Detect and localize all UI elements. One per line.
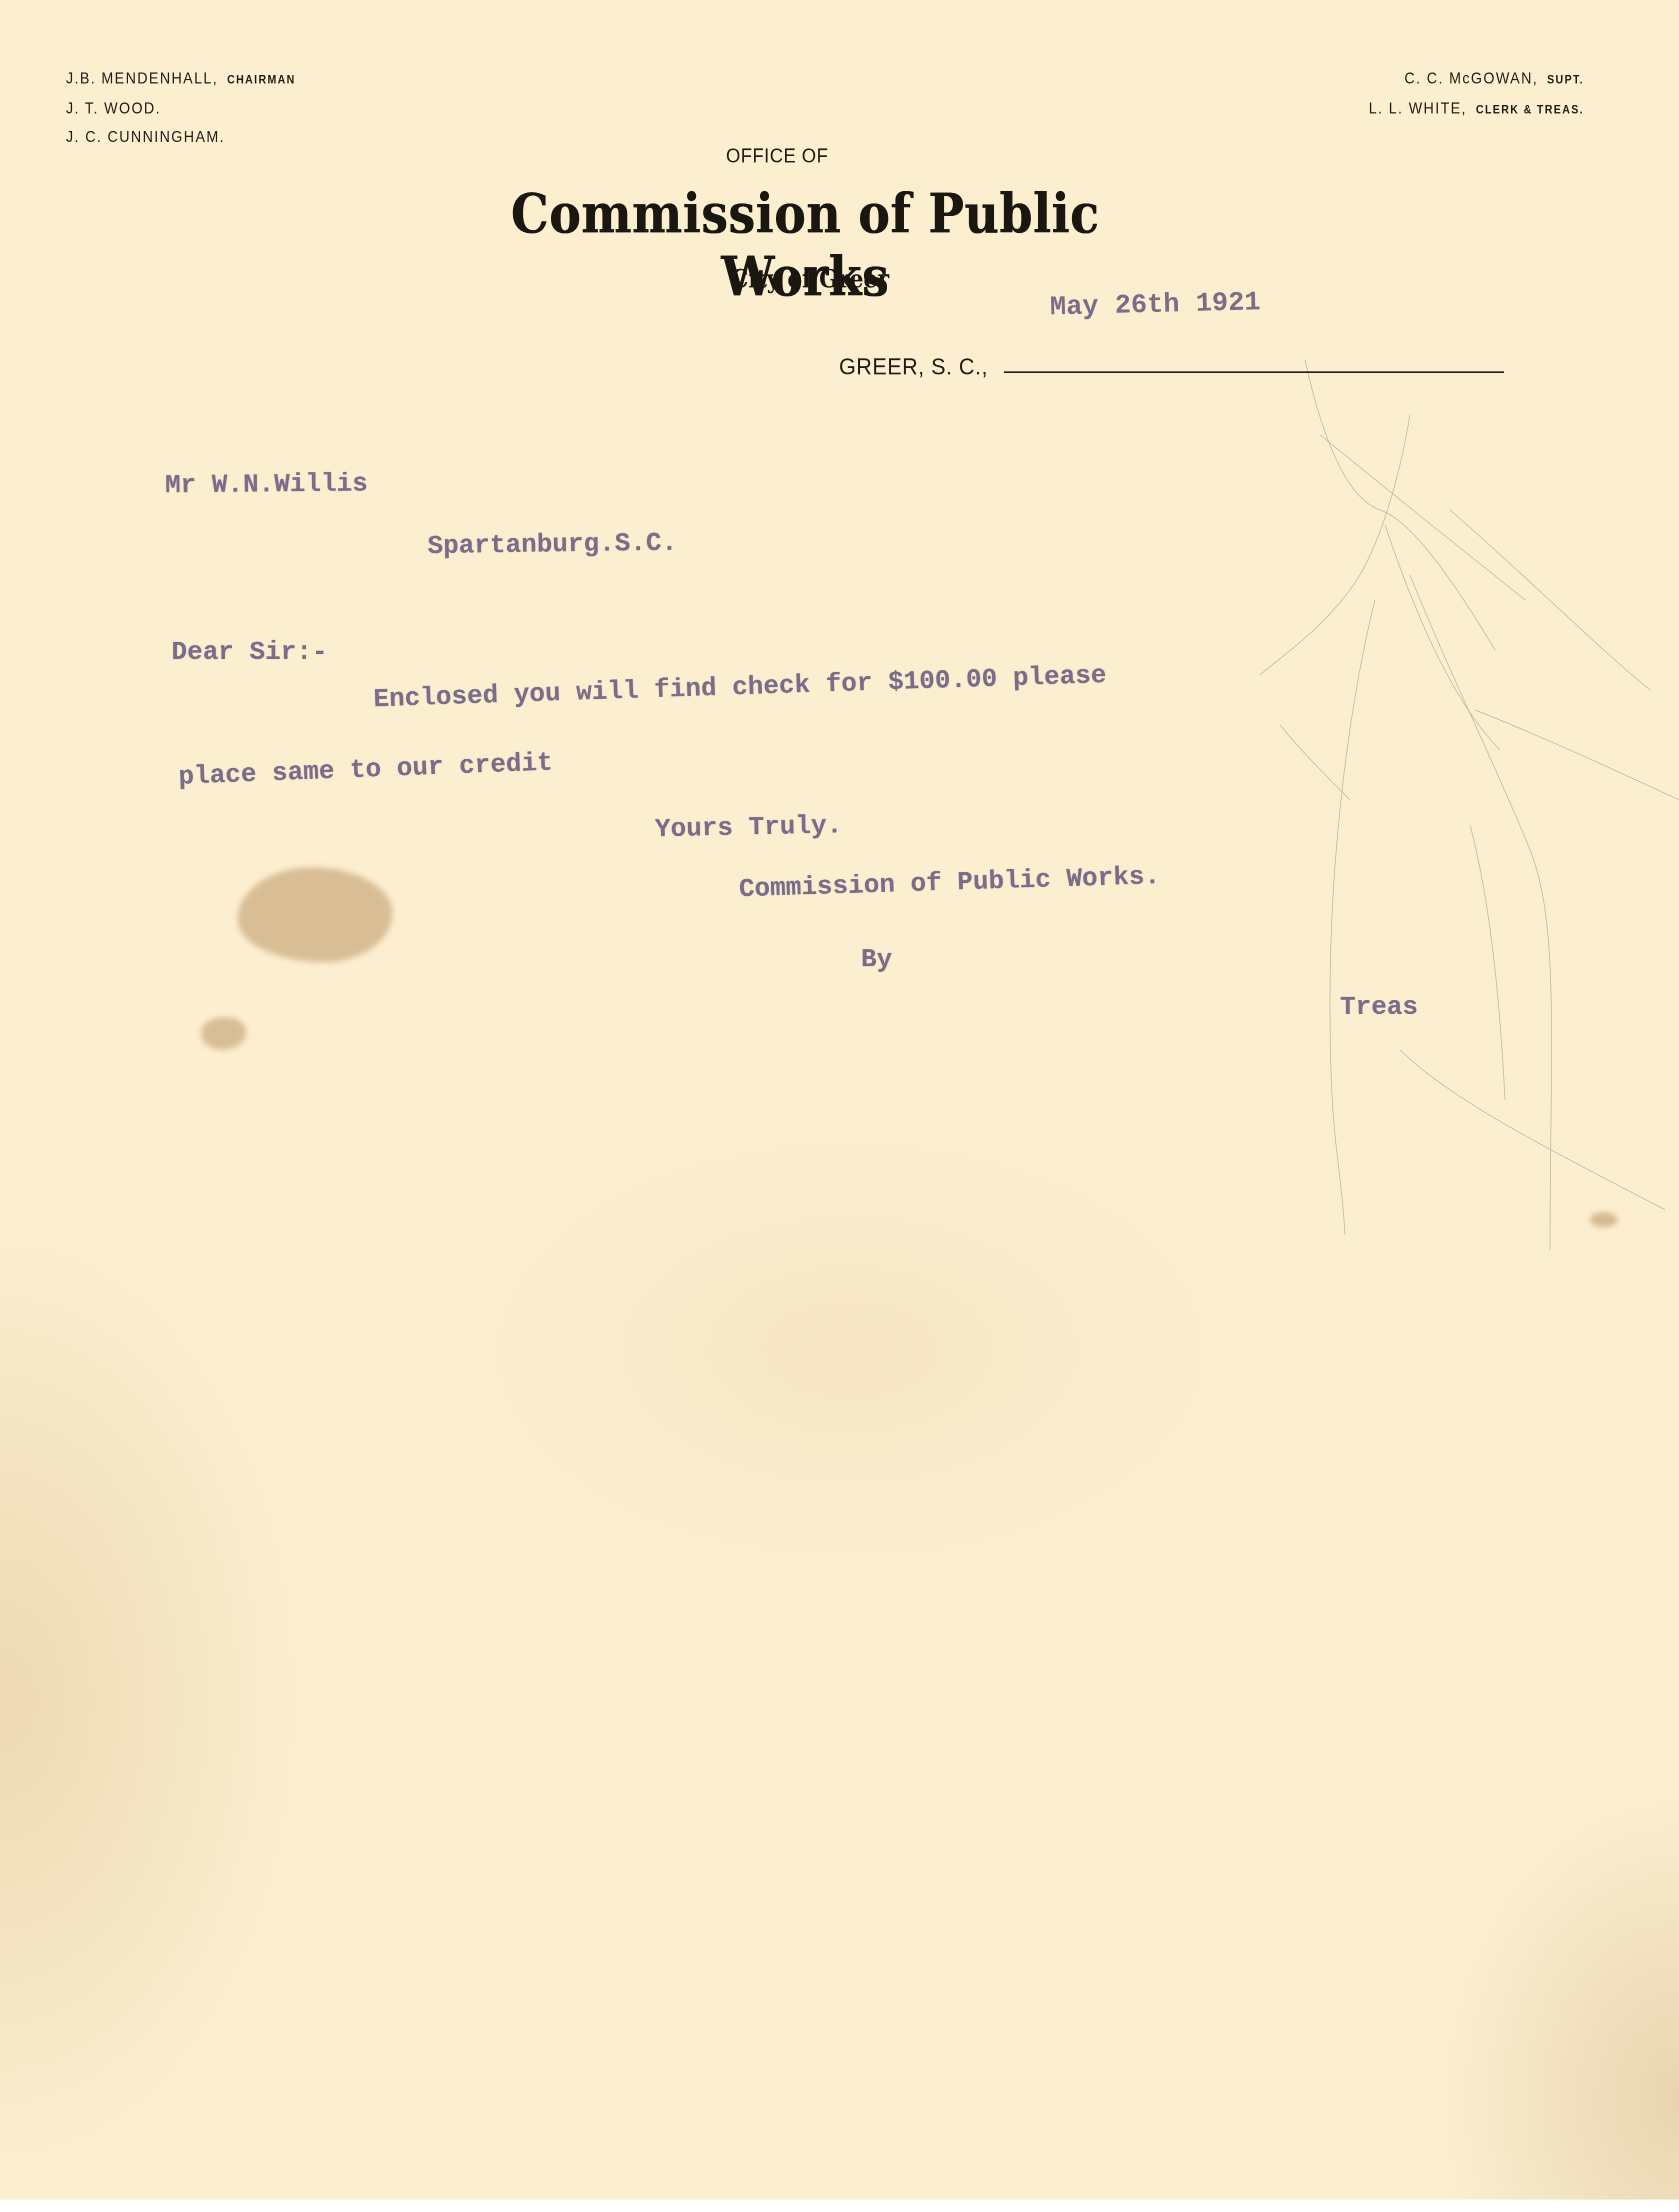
recipient-name: Mr W.N.Willis — [165, 469, 368, 500]
officer-row: J.B. MENDENHALL, CHAIRMAN — [66, 64, 295, 94]
officer-name: J.B. MENDENHALL, — [66, 69, 218, 87]
by-label: By — [861, 945, 892, 974]
salutation: Dear Sir:- — [171, 637, 327, 667]
officer-name: J. C. CUNNINGHAM. — [66, 128, 225, 145]
signature-organization: Commission of Public Works. — [738, 862, 1160, 904]
letterhead-officers-left: J.B. MENDENHALL, CHAIRMAN J. T. WOOD. J.… — [66, 64, 295, 151]
pencil-sketch-lines — [0, 0, 1679, 2200]
recipient-city: Spartanburg.S.C. — [427, 528, 677, 561]
officer-title: CLERK & TREAS. — [1476, 103, 1584, 116]
place-line: GREER, S. C., — [839, 352, 1504, 380]
stain-large — [237, 867, 392, 962]
officer-row: J. C. CUNNINGHAM. — [66, 122, 295, 151]
place-label: GREER, S. C., — [839, 352, 988, 380]
city-name: City of Greer — [669, 264, 950, 293]
officer-name: C. C. McGOWAN, — [1404, 69, 1538, 87]
closing: Yours Truly. — [654, 811, 842, 844]
date-rule — [1004, 371, 1504, 373]
officer-title: CHAIRMAN — [227, 73, 295, 86]
officer-row: J. T. WOOD. — [66, 94, 295, 122]
officer-row: L. L. WHITE, CLERK & TREAS. — [1368, 94, 1584, 124]
officer-title: SUPT. — [1547, 73, 1584, 86]
letterhead-officers-right: C. C. McGOWAN, SUPT. L. L. WHITE, CLERK … — [1368, 64, 1584, 124]
letter-date: May 26th 1921 — [1049, 287, 1261, 323]
letter-page: J.B. MENDENHALL, CHAIRMAN J. T. WOOD. J.… — [0, 0, 1679, 2200]
officer-name: J. T. WOOD. — [66, 99, 161, 117]
officer-name: L. L. WHITE, — [1368, 99, 1466, 117]
office-of-label: OFFICE OF — [726, 145, 828, 167]
officer-row: C. C. McGOWAN, SUPT. — [1368, 64, 1584, 94]
stain-small — [201, 1017, 246, 1050]
stain-right — [1590, 1212, 1617, 1227]
body-line-1: Enclosed you will find check for $100.00… — [373, 660, 1107, 714]
body-line-2: place same to our credit — [178, 748, 553, 792]
signature-title: Treas — [1340, 992, 1418, 1022]
